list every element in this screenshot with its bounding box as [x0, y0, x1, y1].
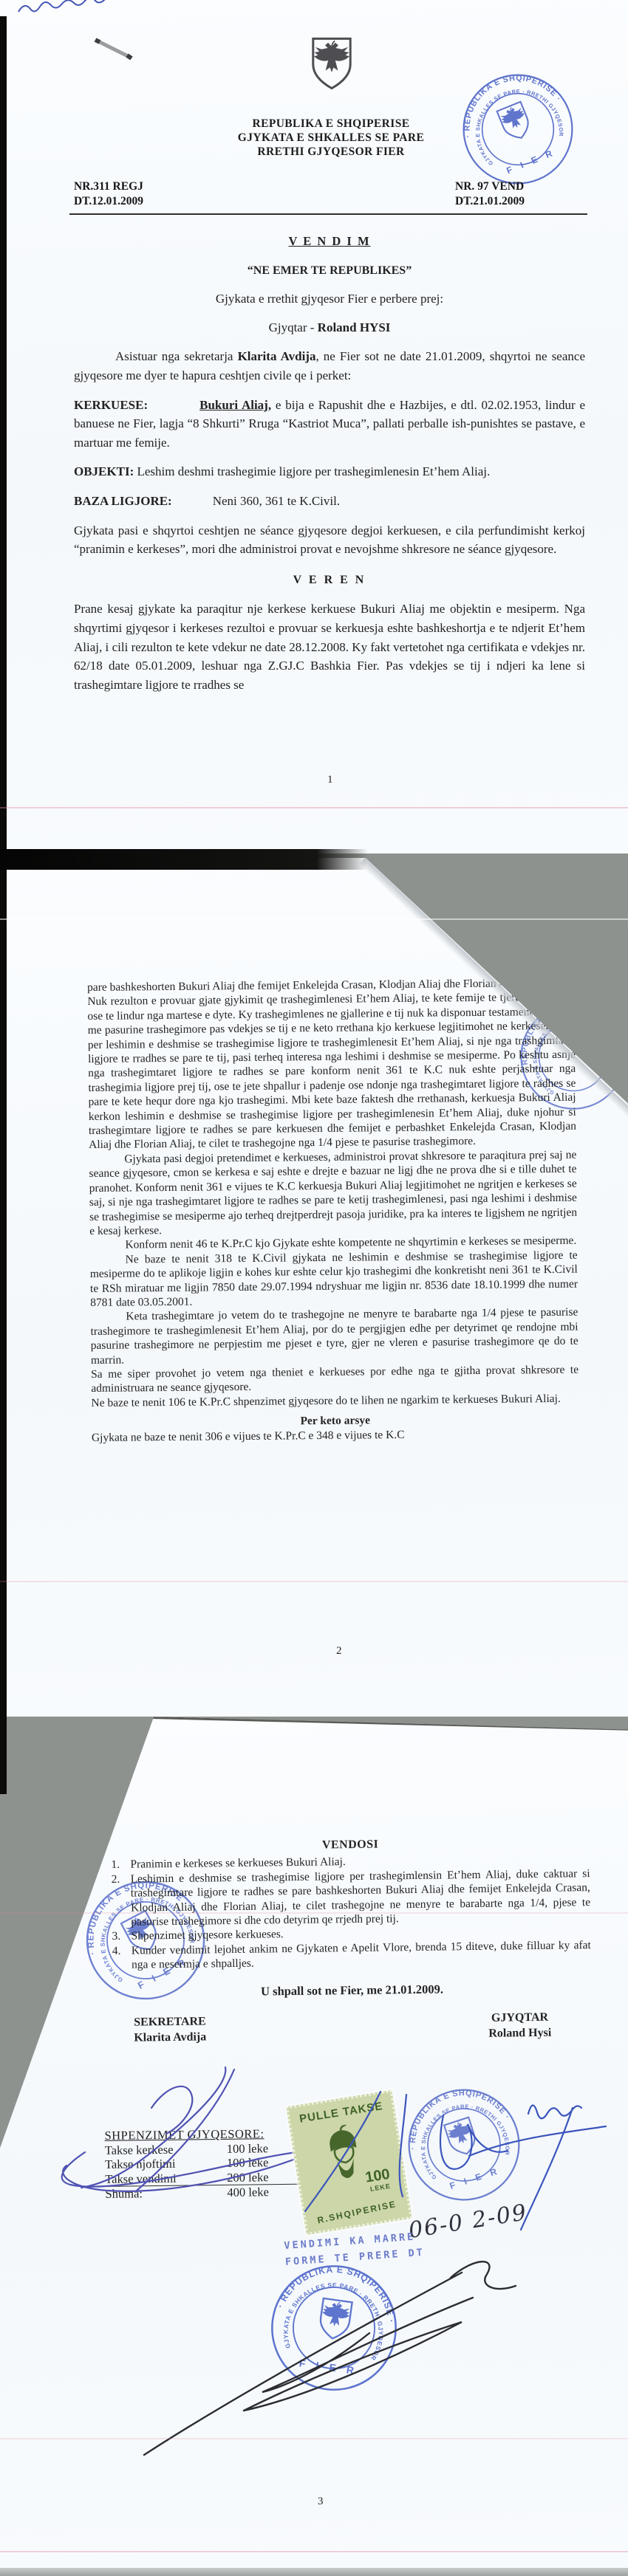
- body-paragraph: Keta trashegimtare jo vetem do te trashe…: [90, 1305, 578, 1367]
- legal-basis-label: BAZA LIGJORE:: [74, 494, 172, 508]
- tax-stamp-country: R.SHQIPERISE: [306, 2197, 409, 2228]
- pronouncement-line: U shpall sot ne Fier, me 21.01.2009.: [112, 1980, 591, 2000]
- decision-title: V E N D I M: [74, 232, 585, 251]
- page-number: 2: [336, 1645, 342, 1658]
- judge-title: GJYQTAR: [488, 2010, 551, 2026]
- legal-basis-paragraph: BAZA LIGJORE:Neni 360, 361 te K.Civil.: [74, 492, 585, 511]
- handwritten-margin-note: [15, 0, 111, 16]
- page-3: · REPUBLIKA E SHQIPERISE · GJYKATA E SHK…: [0, 1717, 628, 2576]
- body-paragraph: Ne baze te nenit 318 te K.Civil gjykata …: [90, 1248, 578, 1310]
- page3-body: VENDOSI 1.Pranimin e kerkeses se kerkues…: [111, 1835, 592, 2046]
- registry-date: DT.12.01.2009: [74, 194, 143, 209]
- scanned-court-decision: REPUBLIKA E SHQIPERISE GJYKATA E SHKALLE…: [0, 0, 628, 2576]
- page-number: 3: [318, 2496, 324, 2508]
- decision-item: 4.Kunder vendimit lejohet ankim ne Gjyka…: [112, 1938, 591, 1973]
- vendosi-heading: VENDOSI: [111, 1835, 590, 1855]
- svg-text:· REPUBLIKA E SHQIPERISE ·: · REPUBLIKA E SHQIPERISE ·: [395, 2075, 513, 2152]
- object-paragraph: OBJEKTI: Leshim deshmi trashegimie ligjo…: [74, 462, 585, 481]
- court-review-paragraph: Gjykata pasi e shqyrtoi ceshtjen ne séan…: [74, 521, 585, 559]
- header-divider: [69, 213, 587, 215]
- svg-text:F I E R: F I E R: [505, 147, 557, 176]
- judge-label: Gjyqtar -: [269, 320, 318, 334]
- decision-number: NR. 97 VEND: [455, 179, 525, 194]
- body-paragraph: Gjykata pasi degjoi pretendimet e kerkue…: [89, 1148, 577, 1239]
- tax-stamp-title: PULLE TAKSE: [290, 2098, 393, 2127]
- secretary-signature-block: SEKRETARE Klarita Avdija: [134, 2014, 206, 2046]
- staple: [92, 35, 137, 63]
- page-2: · REPUBLIKA E SHQIPERISE · GJYKATA E SHK…: [0, 858, 628, 1717]
- judge-line: Gjyqtar - Roland HYSI: [74, 318, 585, 337]
- registry-number-block: NR.311 REGJ DT.12.01.2009: [74, 179, 143, 209]
- scan-edge-strip: [0, 16, 7, 1794]
- svg-text:F I E R: F I E R: [298, 2357, 358, 2377]
- intro-paragraph: Asistuar nga sekretarja Klarita Avdija, …: [74, 347, 585, 385]
- decision-number-block: NR. 97 VEND DT.21.01.2009: [455, 179, 525, 209]
- scan-bottom-edge: [0, 2568, 628, 2576]
- petitioner-label: KERKUESE:: [74, 398, 148, 412]
- body-paragraph: Nuk rezulton e provuar gjate gjykimit qe…: [87, 990, 576, 1153]
- secretary-title: SEKRETARE: [134, 2014, 206, 2030]
- signature-row: SEKRETARE Klarita Avdija GJYQTAR Roland …: [113, 2009, 592, 2046]
- decision-items: 1.Pranimin e kerkeses se kerkueses Bukur…: [111, 1852, 591, 1972]
- petitioner-paragraph: KERKUESE:Bukuri Aliaj, e bija e Rapushit…: [74, 396, 585, 453]
- judge-name: Roland HYSI: [318, 320, 391, 334]
- page2-body: pare bashkeshorten Bukuri Aliaj dhe femi…: [87, 976, 579, 1445]
- court-composition-line: Gjykata e rrethit gjyqesor Fier e perber…: [74, 289, 585, 309]
- page-1: REPUBLIKA E SHQIPERISE GJYKATA E SHKALLE…: [0, 0, 628, 853]
- page1-body: V E N D I M “NE EMER TE REPUBLIKES” Gjyk…: [74, 227, 585, 694]
- secretary-name: Klarita Avdija: [238, 349, 316, 363]
- body-paragraph: Sa me siper provohet jo vetem nga thenie…: [91, 1363, 578, 1396]
- veren-paragraph: Prane kesaj gjykate ka paraqitur nje ker…: [74, 600, 585, 694]
- court-round-stamp-bottom: · REPUBLIKA E SHQIPERISE · GJYKATA E SHK…: [259, 2253, 409, 2402]
- petitioner-name: Bukuri Aliaj,: [199, 398, 271, 412]
- page-number: 1: [327, 774, 333, 786]
- veren-heading: V E R E N: [74, 571, 585, 590]
- secretary-name: Klarita Avdija: [134, 2030, 206, 2046]
- skanderbeg-portrait-icon: [317, 2121, 372, 2191]
- object-label: OBJEKTI:: [74, 464, 134, 478]
- decision-date: DT.21.01.2009: [455, 194, 525, 209]
- court-round-stamp-right: · REPUBLIKA E SHQIPERISE · GJYKATA E SHK…: [389, 2070, 539, 2219]
- judge-signature-block: GJYQTAR Roland Hysi: [488, 2010, 551, 2041]
- decision-item: 2.Leshimin e deshmise se trashegimise li…: [112, 1866, 591, 1930]
- page-gap-shadow: [0, 849, 368, 870]
- registry-number: NR.311 REGJ: [74, 179, 143, 194]
- page-edge-shadow: [151, 1717, 628, 1731]
- svg-text:F I E R: F I E R: [448, 2165, 502, 2191]
- judge-name: Roland Hysi: [488, 2025, 551, 2041]
- decision-subtitle: “NE EMER TE REPUBLIKES”: [74, 261, 585, 281]
- albania-eagle-emblem-icon: [310, 35, 354, 92]
